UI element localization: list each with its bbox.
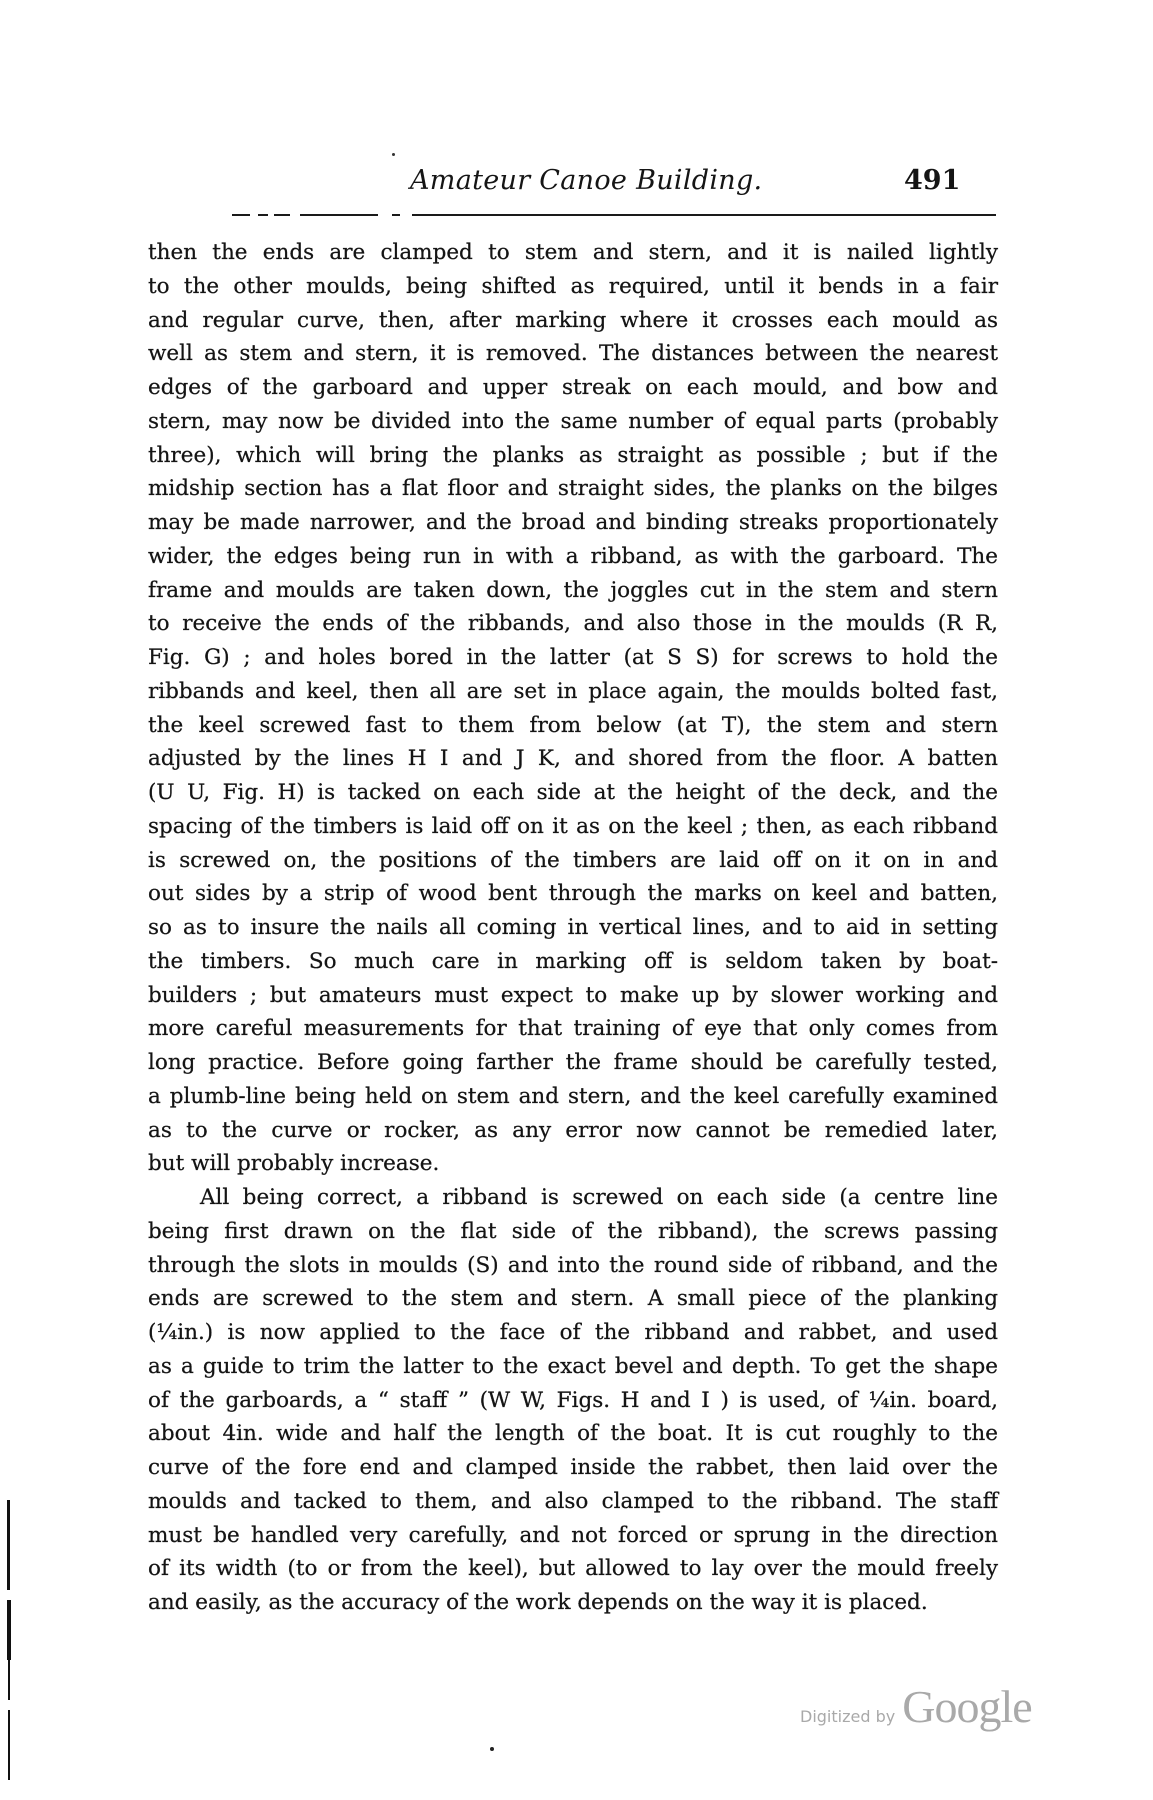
text-line: adjusted by the lines H I and J K, and s… bbox=[148, 742, 998, 776]
text-line: wider, the edges being run in with a rib… bbox=[148, 540, 998, 574]
text-line: ribbands and keel, then all are set in p… bbox=[148, 675, 998, 709]
speck-mark bbox=[392, 153, 395, 156]
text-line: frame and moulds are taken down, the jog… bbox=[148, 574, 998, 608]
text-line: (U U, Fig. H) is tacked on each side at … bbox=[148, 776, 998, 810]
text-line: builders ; but amateurs must expect to m… bbox=[148, 979, 998, 1013]
text-line: midship section has a flat floor and str… bbox=[148, 472, 998, 506]
rule-gap bbox=[268, 212, 274, 218]
text-line: Fig. G) ; and holes bored in the latter … bbox=[148, 641, 998, 675]
text-line: being first drawn on the flat side of th… bbox=[148, 1215, 998, 1249]
google-logo-text: Google bbox=[902, 1681, 1031, 1732]
running-title: Amateur Canoe Building. bbox=[410, 165, 762, 196]
page-number: 491 bbox=[904, 165, 960, 196]
rule-gap bbox=[180, 212, 230, 218]
running-head: Amateur Canoe Building. 491 bbox=[0, 155, 1153, 205]
body-text: then the ends are clamped to stem and st… bbox=[148, 236, 998, 1620]
text-line: as a guide to trim the latter to the exa… bbox=[148, 1350, 998, 1384]
text-line: the timbers. So much care in marking off… bbox=[148, 945, 998, 979]
text-line: but will probably increase. bbox=[148, 1147, 998, 1181]
text-line: the keel screwed fast to them from below… bbox=[148, 709, 998, 743]
digitized-by-google-watermark: Digitized by Google bbox=[800, 1680, 1032, 1733]
rule-gap bbox=[290, 212, 300, 218]
text-line: All being correct, a ribband is screwed … bbox=[148, 1181, 998, 1215]
text-line: well as stem and stern, it is removed. T… bbox=[148, 337, 998, 371]
text-line: long practice. Before going farther the … bbox=[148, 1046, 998, 1080]
text-line: a plumb-line being held on stem and ster… bbox=[148, 1080, 998, 1114]
margin-scan-mark bbox=[7, 1500, 10, 1590]
speck-mark bbox=[490, 1747, 494, 1751]
text-line: must be handled very carefully, and not … bbox=[148, 1519, 998, 1553]
text-line: three), which will bring the planks as s… bbox=[148, 439, 998, 473]
text-line: stern, may now be divided into the same … bbox=[148, 405, 998, 439]
text-line: of the garboards, a “ staff ” (W W, Figs… bbox=[148, 1384, 998, 1418]
text-line: ends are screwed to the stem and stern. … bbox=[148, 1282, 998, 1316]
text-line: and easily, as the accuracy of the work … bbox=[148, 1586, 998, 1620]
text-line: through the slots in moulds (S) and into… bbox=[148, 1249, 998, 1283]
text-line: more careful measurements for that train… bbox=[148, 1012, 998, 1046]
header-rule bbox=[232, 214, 996, 216]
paragraph-2: All being correct, a ribband is screwed … bbox=[148, 1181, 998, 1620]
text-line: out sides by a strip of wood bent throug… bbox=[148, 877, 998, 911]
margin-scan-mark bbox=[8, 1710, 10, 1780]
rule-gap bbox=[250, 212, 258, 218]
margin-scan-mark bbox=[7, 1600, 11, 1660]
text-line: of its width (to or from the keel), but … bbox=[148, 1552, 998, 1586]
text-line: edges of the garboard and upper streak o… bbox=[148, 371, 998, 405]
text-line: and regular curve, then, after marking w… bbox=[148, 304, 998, 338]
text-line: to receive the ends of the ribbands, and… bbox=[148, 607, 998, 641]
text-line: may be made narrower, and the broad and … bbox=[148, 506, 998, 540]
margin-scan-mark bbox=[8, 1660, 10, 1700]
rule-gap bbox=[400, 212, 412, 218]
text-line: moulds and tacked to them, and also clam… bbox=[148, 1485, 998, 1519]
text-line: about 4in. wide and half the length of t… bbox=[148, 1417, 998, 1451]
watermark-prefix: Digitized by bbox=[800, 1707, 895, 1726]
text-line: then the ends are clamped to stem and st… bbox=[148, 236, 998, 270]
paragraph-1: then the ends are clamped to stem and st… bbox=[148, 236, 998, 1181]
text-line: (¼in.) is now applied to the face of the… bbox=[148, 1316, 998, 1350]
text-line: so as to insure the nails all coming in … bbox=[148, 911, 998, 945]
text-line: curve of the fore end and clamped inside… bbox=[148, 1451, 998, 1485]
text-line: as to the curve or rocker, as any error … bbox=[148, 1114, 998, 1148]
text-line: is screwed on, the positions of the timb… bbox=[148, 844, 998, 878]
rule-gap bbox=[378, 212, 392, 218]
text-line: to the other moulds, being shifted as re… bbox=[148, 270, 998, 304]
text-line: spacing of the timbers is laid off on it… bbox=[148, 810, 998, 844]
